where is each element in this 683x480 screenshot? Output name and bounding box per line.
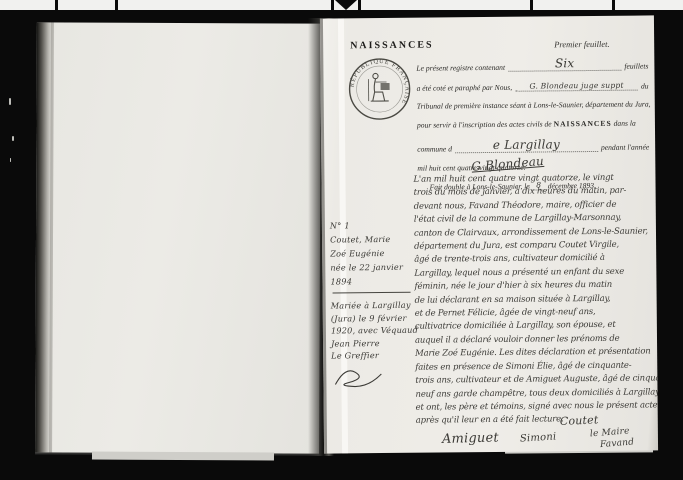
margin-note-line: Le Greffier bbox=[331, 349, 421, 362]
margin-rule bbox=[333, 292, 411, 294]
mayor-signature: Favand bbox=[600, 437, 635, 450]
margin-note-line: Coutet, Marie bbox=[330, 232, 420, 247]
act-line: et ont, les père et témoins, signé avec … bbox=[416, 399, 656, 415]
dust-speck bbox=[9, 98, 11, 105]
printed-text: Tribunal de première instance séant à Lo… bbox=[417, 99, 651, 110]
film-marker-tick bbox=[612, 0, 615, 10]
margin-annotations: N° 1Coutet, MarieZoé Eugénienée le 22 ja… bbox=[330, 218, 422, 393]
father-signature: Coutet bbox=[560, 413, 599, 428]
printed-text: feuillets bbox=[624, 61, 648, 70]
folio-label: Premier feuillet. bbox=[554, 39, 609, 50]
printed-text: du bbox=[641, 81, 649, 90]
margin-note-line: née le 22 janvier bbox=[330, 260, 420, 275]
margin-note-line: Jean Pierre bbox=[331, 336, 421, 349]
margin-note-line: 1894 bbox=[330, 274, 420, 289]
printed-text: a été coté et paraphé par Nous, bbox=[417, 82, 513, 92]
printed-text: pour servir à l'inscription des actes ci… bbox=[417, 119, 552, 129]
preamble-line: Le présent registre contenant Six feuill… bbox=[416, 55, 648, 72]
greffier-signature bbox=[331, 364, 387, 391]
marriage-margin-note: Mariée à Largillay(Jura) le 9 février192… bbox=[331, 299, 422, 363]
film-marker-tick bbox=[358, 0, 361, 10]
film-marker-tick bbox=[55, 0, 58, 10]
handwritten-fill: G. Blondeau juge suppt bbox=[515, 80, 638, 91]
page-stack-edge bbox=[92, 452, 274, 461]
witness-signature: Amiguet bbox=[442, 430, 499, 447]
registry-page: NAISSANCES Premier feuillet. RÉPUBLIQUE … bbox=[320, 15, 658, 453]
margin-note-line: Zoé Eugénie bbox=[330, 246, 420, 261]
printed-text: pendant l'année bbox=[601, 142, 649, 151]
republique-francaise-stamp-icon: RÉPUBLIQUE FRANÇAISE bbox=[346, 56, 413, 123]
handwritten-fill: e Largillay bbox=[455, 137, 598, 153]
act-line: trois du mois de janvier, à dix heures d… bbox=[414, 185, 654, 201]
preamble-line: a été coté et paraphé par Nous, G. Blond… bbox=[417, 80, 649, 92]
dust-speck bbox=[10, 158, 11, 162]
preamble-line: commune d e Largillay pendant l'année bbox=[417, 136, 649, 153]
record-margin-note: N° 1Coutet, MarieZoé Eugénienée le 22 ja… bbox=[330, 218, 421, 289]
preamble-line: pour servir à l'inscription des actes ci… bbox=[417, 118, 649, 129]
left-blank-page bbox=[35, 22, 321, 453]
film-frame-marker-icon bbox=[335, 0, 357, 10]
preamble-line: Tribunal de première instance séant à Lo… bbox=[417, 99, 649, 110]
witness-signature: Simoni bbox=[520, 431, 557, 444]
film-marker-tick bbox=[115, 0, 118, 10]
margin-note-line: (Jura) le 9 février bbox=[331, 311, 421, 324]
act-line: Largillay, lequel nous a présenté un enf… bbox=[414, 265, 654, 281]
margin-note-line: Mariée à Largillay bbox=[331, 299, 421, 312]
microfilm-frame: NAISSANCES Premier feuillet. RÉPUBLIQUE … bbox=[0, 0, 683, 480]
film-marker-tick bbox=[331, 0, 334, 10]
dust-speck bbox=[12, 136, 14, 141]
seated-figure-glyph bbox=[368, 73, 389, 101]
printed-text: commune d bbox=[417, 144, 452, 153]
printed-text: dans la bbox=[614, 118, 636, 127]
printed-keyword: NAISSANCES bbox=[554, 118, 612, 128]
margin-note-line: N° 1 bbox=[330, 218, 420, 233]
handwritten-fill: Six bbox=[508, 56, 621, 72]
page-title: NAISSANCES bbox=[350, 40, 433, 52]
birth-act-text: L'an mil huit cent quatre vingt quatorze… bbox=[413, 171, 655, 428]
printed-text: Le présent registre contenant bbox=[416, 63, 505, 73]
film-marker-tick bbox=[530, 0, 533, 10]
page-binding-crease bbox=[49, 22, 54, 452]
film-strip bbox=[0, 0, 683, 10]
margin-note-line: 1920, avec Véquaud bbox=[331, 324, 421, 337]
